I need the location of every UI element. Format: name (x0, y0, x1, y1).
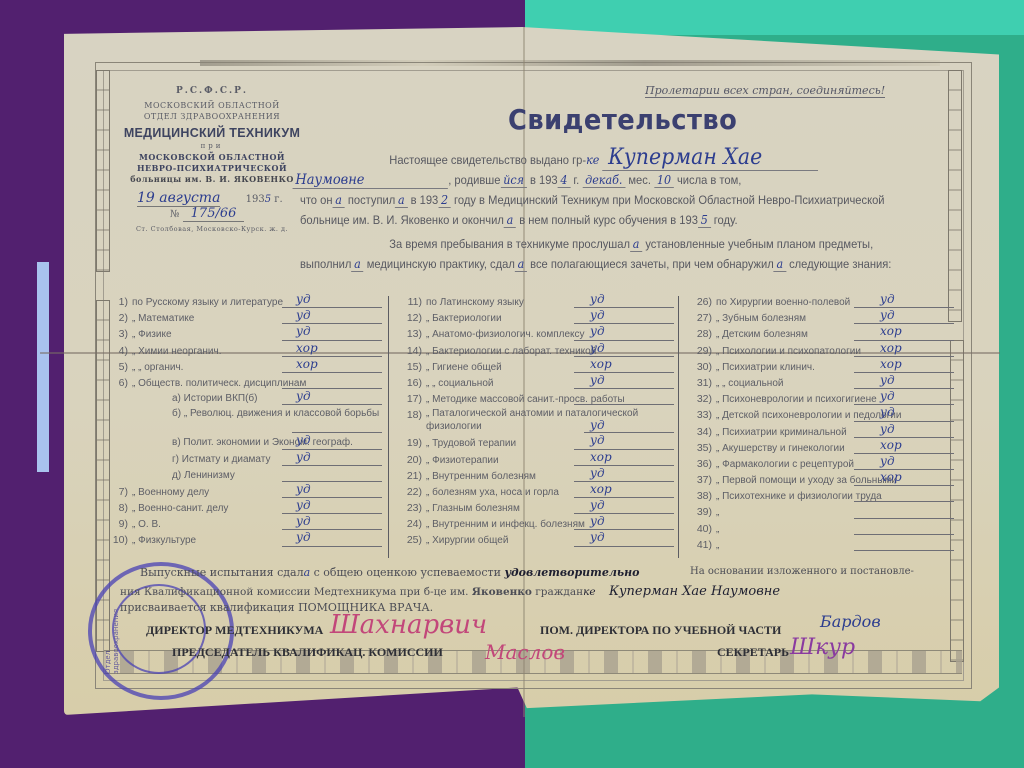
exam-line-1b: На основании изложенного и постановле- (690, 566, 914, 577)
subject-name: „ Математике (132, 313, 194, 324)
subject-grade-hw: хор (296, 340, 318, 356)
subject-number: 41) (684, 537, 712, 553)
subject-grade-hw: хор (590, 356, 612, 372)
subject-number: 30) (684, 359, 712, 375)
intro-p3-a-hw: а (630, 237, 642, 252)
grade-line (854, 485, 954, 486)
intro-p2-a-hw: а (332, 193, 344, 208)
rsfsr-label: Р.С.Ф.С.Р. (112, 86, 312, 97)
subject-name: „ Внутренним болезням (426, 471, 536, 482)
subject-number: 26) (684, 294, 712, 310)
grade-line (574, 529, 674, 530)
subject-row: 40)„ (684, 521, 954, 537)
subject-number: 16) (394, 375, 422, 391)
subject-name: „ Фармакологии с рецептурой (716, 459, 854, 470)
grade-line (574, 404, 674, 405)
grade-line (854, 388, 954, 389)
exam-line-1: Выпускные испытания сдала с общею оценко… (140, 566, 639, 579)
birth-day-hw: 10 (654, 173, 674, 188)
year-suffix: г. (274, 194, 282, 205)
subject-number: 6) (100, 375, 128, 391)
subject-name: „ Внутренним и инфекц. болезням (426, 519, 585, 530)
subject-row: 39)„ (684, 504, 954, 520)
subject-name: „ Физике (132, 329, 172, 340)
grade-line (854, 518, 954, 519)
subject-number: 31) (684, 375, 712, 391)
subject-grade-hw: уд (880, 453, 895, 469)
subject-number: 38) (684, 488, 712, 504)
institution-name: МЕДИЦИНСКИЙ ТЕХНИКУМ (112, 126, 312, 140)
subject-grade-hw: уд (590, 513, 605, 529)
subject-row: 37)„ Первой помощи и уходу за больнымихо… (684, 472, 954, 488)
subject-number: 39) (684, 504, 712, 520)
subject-row: 3)„ Физикеуд (100, 326, 382, 342)
subject-name: „ О. В. (132, 519, 161, 530)
subjects-column-3: 26)по Хирургии военно-полевойуд27)„ Зубн… (684, 294, 954, 553)
subject-name: „ (716, 507, 719, 518)
subject-name: „ Хирургии общей (426, 535, 508, 546)
subject-grade-hw: уд (880, 307, 895, 323)
issue-date: 19 августа 1935 г. (112, 190, 312, 206)
subject-row: 13)„ Анатомо-физиологич. комплексууд (394, 326, 674, 342)
subject-name: „ „ социальной (716, 378, 783, 389)
subject-name: „ Зубным болезням (716, 313, 806, 324)
subject-row: 29)„ Психологии и психопатологиихор (684, 343, 954, 359)
subject-number: 10) (100, 532, 128, 548)
subject-number: 2) (100, 310, 128, 326)
intro-p2-b-hw: а (395, 193, 407, 208)
subject-row: 35)„ Акушерству и гинекологиихор (684, 440, 954, 456)
subject-row: 33)„ Детской психоневрологии и педологии… (684, 407, 954, 423)
subject-number: 22) (394, 484, 422, 500)
subject-name: по Хирургии военно-полевой (716, 297, 850, 308)
right-pillar-ornament (948, 70, 962, 322)
background-teal-strip (525, 0, 1024, 35)
birth-year-hw: 4 (558, 173, 571, 188)
number-label: № (170, 209, 179, 220)
grade-line (854, 356, 954, 357)
blue-paper-edge (37, 262, 49, 472)
subject-grade-hw: уд (590, 497, 605, 513)
hospital-line-1: МОСКОВСКОЙ ОБЛАСТНОЙ (112, 152, 312, 163)
subject-grade-hw: хор (880, 356, 902, 372)
subject-row: 30)„ Психиатрии клинич.хор (684, 359, 954, 375)
subject-name: „ болезням уха, носа и горла (426, 487, 559, 498)
subject-number: 35) (684, 440, 712, 456)
grade-line (574, 449, 674, 450)
grade-line (854, 340, 954, 341)
subject-grade-hw: уд (296, 513, 311, 529)
grade-line (282, 465, 382, 466)
subject-row: б) „ Революц. движения и классовой борьб… (100, 407, 382, 435)
issue-number: № 175/66 (112, 206, 312, 221)
subject-name: „ Паталогической анатомии и паталогическ… (426, 407, 666, 433)
subject-name: „ Химии неорганич. (132, 346, 221, 357)
subject-row: 36)„ Фармакологии с рецептуройуд (684, 456, 954, 472)
subject-grade-hw: уд (296, 497, 311, 513)
subject-row: 38)„ Психотехнике и физиологии труда (684, 488, 954, 504)
subject-row: 21)„ Внутренним болезнямуд (394, 468, 674, 484)
subject-row: 28)„ Детским болезнямхор (684, 326, 954, 342)
exam-text-a: Выпускные испытания сдал (140, 566, 304, 579)
secretary-signature: Шкур (790, 635, 855, 660)
subject-name: „ Физиотерапии (426, 455, 499, 466)
subject-row: 6)„ Обществ. политическ. дисциплинам (100, 375, 382, 391)
subject-name: „ (716, 524, 719, 535)
address: Ст. Столбовая, Московско-Курск. ж. д. (112, 224, 312, 235)
subject-row: 12)„ Бактериологииуд (394, 310, 674, 326)
grade-line (854, 550, 954, 551)
issue-date-hw: 19 августа (137, 190, 220, 207)
grade-line (854, 404, 954, 405)
subject-name: по Латинскому языку (426, 297, 524, 308)
exam-text-d: граждан (535, 586, 583, 598)
subject-row: 31)„ „ социальнойуд (684, 375, 954, 391)
subject-name: „ Трудовой терапии (426, 438, 516, 449)
director-signature: Шахнарвич (330, 610, 487, 640)
subject-grade-hw: уд (880, 421, 895, 437)
intro-text: Настоящее свидетельство выдано гр-ке Куп… (300, 148, 918, 274)
subject-grade-hw: уд (590, 307, 605, 323)
subject-name: „ „ органич. (132, 362, 183, 373)
column-separator-2 (678, 296, 679, 558)
subject-number: 34) (684, 424, 712, 440)
subject-name: „ Психиатрии криминальной (716, 427, 847, 438)
grade-line (574, 323, 674, 324)
grade-line (282, 546, 382, 547)
subject-number: 29) (684, 343, 712, 359)
subject-number: 33) (684, 407, 712, 423)
subject-grade-hw: уд (296, 481, 311, 497)
subject-grade-hw: уд (296, 291, 311, 307)
recipient-patronymic: Наумовне (293, 172, 449, 189)
grade-line (854, 421, 954, 422)
subject-number: 1) (100, 294, 128, 310)
slogan: Пролетарии всех стран, соединяйтесь! (645, 84, 885, 98)
subject-name: „ „ социальной (426, 378, 493, 389)
subject-number: 28) (684, 326, 712, 342)
subject-grade-hw: уд (880, 291, 895, 307)
subject-grade-hw: уд (590, 529, 605, 545)
number-hw: 175/66 (183, 206, 245, 222)
recipient-name: Куперман Хае (602, 145, 817, 171)
subject-row: 14)„ Бактериологии с лаборат. техникойуд (394, 343, 674, 359)
director-label: ДИРЕКТОР МЕДТЕХНИКУМА (146, 623, 323, 638)
subject-row: 25)„ Хирургии общейуд (394, 532, 674, 548)
subject-row: д) Ленинизму (100, 468, 382, 484)
born-in: в 193 (530, 173, 558, 187)
subject-name: по Русскому языку и литературе (132, 297, 283, 308)
intro-p2-b: поступил (348, 193, 395, 207)
document-title: Свидетельство (508, 103, 737, 136)
subject-name: „ Гигиене общей (426, 362, 502, 373)
final-grade-hw: удовлетворительно (504, 566, 639, 579)
subject-name: д) Ленинизму (132, 470, 235, 481)
subject-row: 41)„ (684, 537, 954, 553)
subject-name: „ Психиатрии клинич. (716, 362, 815, 373)
subject-row: 16)„ „ социальнойуд (394, 375, 674, 391)
subject-number: 5) (100, 359, 128, 375)
subject-grade-hw: хор (296, 356, 318, 372)
subject-name: „ Психоневрологии и психогигиене (716, 394, 877, 405)
subject-number: 4) (100, 343, 128, 359)
grade-line (574, 356, 674, 357)
subject-number: 12) (394, 310, 422, 326)
grade-line (854, 323, 954, 324)
subject-name: „ Военному делу (132, 487, 209, 498)
issue-year-printed: 193 (246, 194, 265, 205)
subject-row: 2)„ Математикеуд (100, 310, 382, 326)
subject-name: „ Акушерству и гинекологии (716, 443, 845, 454)
exam-text-b: с общею оценкою успеваемости (314, 566, 501, 579)
intro-p3-d: все полагающиеся зачеты, при чем обнаруж… (530, 257, 774, 271)
subject-row: 24)„ Внутренним и инфекц. болезнямуд (394, 516, 674, 532)
left-pillar-ornament (96, 70, 110, 272)
subject-number: 13) (394, 326, 422, 342)
subject-number: 3) (100, 326, 128, 342)
subject-row: 15)„ Гигиене общейхор (394, 359, 674, 375)
subject-row: 1)по Русскому языку и литературеуд (100, 294, 382, 310)
born-suffix: йся (500, 173, 526, 188)
subject-grade-hw: уд (590, 291, 605, 307)
subject-grade-hw: хор (880, 323, 902, 339)
subject-number: 21) (394, 468, 422, 484)
exam-text-d-hw: ке (583, 586, 595, 598)
intro-p2-c: в 193 (411, 193, 439, 207)
subject-row: 27)„ Зубным болезнямуд (684, 310, 954, 326)
grade-line (854, 453, 954, 454)
subject-grade-hw: хор (590, 481, 612, 497)
subject-name: „ Анатомо-физиологич. комплексу (426, 329, 585, 340)
grade-line (282, 404, 382, 405)
column-separator-1 (388, 296, 389, 558)
day-label: числа в том, (677, 173, 741, 187)
exam-text-a-hw: а (304, 566, 311, 579)
subject-name: „ (716, 540, 719, 551)
subject-number: 18) (394, 407, 422, 423)
grade-line (574, 513, 674, 514)
subject-name: „ Обществ. политическ. дисциплинам (132, 378, 306, 389)
subject-row: 11)по Латинскому языкууд (394, 294, 674, 310)
intro-p2-e: в нем полный курс обучения в 193 (519, 213, 698, 227)
issue-year-hw: 5 (265, 194, 271, 205)
subject-name: а) Истории ВКП(б) (132, 393, 257, 404)
chair-label: ПРЕДСЕДАТЕЛЬ КВАЛИФИКАЦ. КОМИССИИ (172, 645, 443, 660)
subject-grade-hw: уд (296, 432, 311, 448)
subject-grade-hw: уд (590, 432, 605, 448)
intro-p3-e: следующие знания: (789, 257, 891, 271)
grade-line (574, 307, 674, 308)
subject-number: 8) (100, 500, 128, 516)
asst-director-signature: Бардов (820, 612, 881, 631)
stamp-text-inner: Отдел здравоохранения (104, 594, 120, 674)
subject-number: 37) (684, 472, 712, 488)
subject-number: 14) (394, 343, 422, 359)
grade-line (282, 372, 382, 373)
subject-row: 26)по Хирургии военно-полевойуд (684, 294, 954, 310)
subject-name: б) „ Революц. движения и классовой борьб… (132, 407, 414, 420)
subject-name: г) Истмату и диамату (132, 454, 270, 465)
secretary-label: СЕКРЕТАРЬ (717, 645, 789, 660)
subject-number: 20) (394, 452, 422, 468)
grade-line (854, 469, 954, 470)
subject-name: „ Физкультуре (132, 535, 196, 546)
subject-row: а) Истории ВКП(б)уд (100, 391, 382, 407)
grade-line (574, 497, 674, 498)
exam-text-c-start: На основании изложенного и постановле- (690, 566, 914, 577)
hospital-line-2: НЕВРО-ПСИХИАТРИЧЕСКОЙ (112, 163, 312, 174)
subject-name: „ Военно-санит. делу (132, 503, 228, 514)
exam-text-c-bold: Яковенко (472, 586, 532, 598)
subject-name: „ Глазным болезням (426, 503, 520, 514)
subject-grade-hw: уд (590, 465, 605, 481)
subject-grade-hw: уд (880, 372, 895, 388)
asst-director-label: ПОМ. ДИРЕКТОРА ПО УЧЕБНОЙ ЧАСТИ (540, 623, 781, 638)
subject-number: 17) (394, 391, 422, 407)
grade-line (574, 372, 674, 373)
subject-grade-hw: хор (880, 437, 902, 453)
subject-row: 20)„ Физиотерапиихор (394, 452, 674, 468)
subject-row: в) Полит. экономии и Эконом. географ.уд (100, 435, 382, 451)
subject-number: 15) (394, 359, 422, 375)
subject-grade-hw: уд (590, 340, 605, 356)
subject-name: „ Детским болезням (716, 329, 808, 340)
subject-number: 27) (684, 310, 712, 326)
grade-line (574, 546, 674, 547)
subject-row: 32)„ Психоневрологии и психогигиенеуд (684, 391, 954, 407)
subject-number: 11) (394, 294, 422, 310)
grade-line (854, 307, 954, 308)
intro-p1: Настоящее свидетельство выдано гр- (389, 153, 586, 167)
chair-signature: Маслов (485, 640, 565, 664)
subject-grade-hw: хор (880, 340, 902, 356)
subject-number: 24) (394, 516, 422, 532)
enroll-year-hw: 2 (438, 193, 451, 208)
dept-line-2: ОТДЕЛ ЗДРАВООХРАНЕНИЯ (112, 111, 312, 122)
subject-grade-hw: уд (880, 404, 895, 420)
subject-row: 4)„ Химии неорганич.хор (100, 343, 382, 359)
subjects-column-1: 1)по Русскому языку и литературеуд2)„ Ма… (100, 294, 382, 549)
subject-grade-hw: уд (880, 388, 895, 404)
subject-row: 22)„ болезням уха, носа и горлахор (394, 484, 674, 500)
birth-month-hw: декаб. (582, 173, 625, 188)
subject-grade-hw: хор (880, 469, 902, 485)
subject-grade-hw: уд (590, 372, 605, 388)
year-g: г. (573, 173, 579, 187)
subject-number: 9) (100, 516, 128, 532)
exam-text-e: присваивается квалификация (120, 601, 295, 614)
subject-number: 36) (684, 456, 712, 472)
institution-header: Р.С.Ф.С.Р. МОСКОВСКИЙ ОБЛАСТНОЙ ОТДЕЛ ЗД… (112, 86, 312, 235)
intro-p3-d-hw: а (774, 257, 786, 272)
subjects-column-2: 11)по Латинскому языкууд12)„ Бактериолог… (394, 294, 674, 549)
grade-line (854, 437, 954, 438)
subject-row: 23)„ Глазным болезнямуд (394, 500, 674, 516)
intro-p1-suffix: ке (586, 153, 599, 167)
subject-grade-hw: уд (296, 529, 311, 545)
subject-row: 10)„ Физкультуреуд (100, 532, 382, 548)
subject-row: г) Истмату и диаматууд (100, 452, 382, 468)
subject-number: 19) (394, 435, 422, 451)
subject-number: 25) (394, 532, 422, 548)
subject-row: 9)„ О. В.уд (100, 516, 382, 532)
dept-line-1: МОСКОВСКИЙ ОБЛАСТНОЙ (112, 100, 312, 111)
grade-line (574, 481, 674, 482)
subject-row: 18)„ Паталогической анатомии и паталогич… (394, 407, 674, 435)
subject-number: 40) (684, 521, 712, 537)
recipient-name-footer-hw: Куперман Хае Наумовне (609, 584, 780, 599)
subject-name: „ Бактериологии (426, 313, 502, 324)
subject-grade-hw: уд (296, 388, 311, 404)
subject-row: 19)„ Трудовой терапииуд (394, 435, 674, 451)
subject-row: 5)„ „ органич.хор (100, 359, 382, 375)
subject-grade-hw: уд (296, 307, 311, 323)
subject-number: 32) (684, 391, 712, 407)
grade-line (574, 465, 674, 466)
grade-line (574, 388, 674, 389)
exam-line-2: ния Квалификационной комиссии Медтехнику… (120, 584, 780, 599)
grade-line (854, 372, 954, 373)
subject-grade-hw: уд (296, 449, 311, 465)
intro-p2-f: году. (714, 213, 738, 227)
hospital-line-3: больницы им. В. И. ЯКОВЕНКО (112, 174, 312, 185)
subject-number: 23) (394, 500, 422, 516)
month-label: мес. (628, 173, 651, 187)
subject-name: „ Бактериологии с лаборат. техникой (426, 346, 596, 357)
pri-label: при (112, 141, 312, 152)
grade-line (574, 340, 674, 341)
subject-row: 8)„ Военно-санит. делууд (100, 500, 382, 516)
subject-grade-hw: уд (296, 323, 311, 339)
born-label: родивше (454, 173, 500, 187)
intro-p2-d-hw: а (504, 213, 516, 228)
exam-text-c: ния Квалификационной комиссии Медтехнику… (120, 586, 468, 598)
grade-line (854, 501, 954, 502)
grade-line (854, 534, 954, 535)
subject-name: в) Полит. экономии и Эконом. географ. (132, 437, 353, 448)
intro-p3-c-hw: а (515, 257, 527, 272)
intro-p2-a: что он (300, 193, 332, 207)
subject-name: „ Психологии и психопатологии (716, 346, 861, 357)
intro-p3-c: медицинскую практику, сдал (367, 257, 515, 271)
subject-number: 7) (100, 484, 128, 500)
subject-row: 17)„ Методике массовой санит.-просв. раб… (394, 391, 674, 407)
intro-p3-a: За время пребывания в техникуме прослуша… (389, 237, 630, 251)
graduation-year-hw: 5 (698, 213, 711, 228)
subject-grade-hw: уд (590, 417, 605, 433)
intro-p3-b-hw: а (351, 257, 363, 272)
subject-row: 34)„ Психиатрии криминальнойуд (684, 424, 954, 440)
subject-grade-hw: уд (590, 323, 605, 339)
subject-grade-hw: хор (590, 449, 612, 465)
subject-row: 7)„ Военному делууд (100, 484, 382, 500)
